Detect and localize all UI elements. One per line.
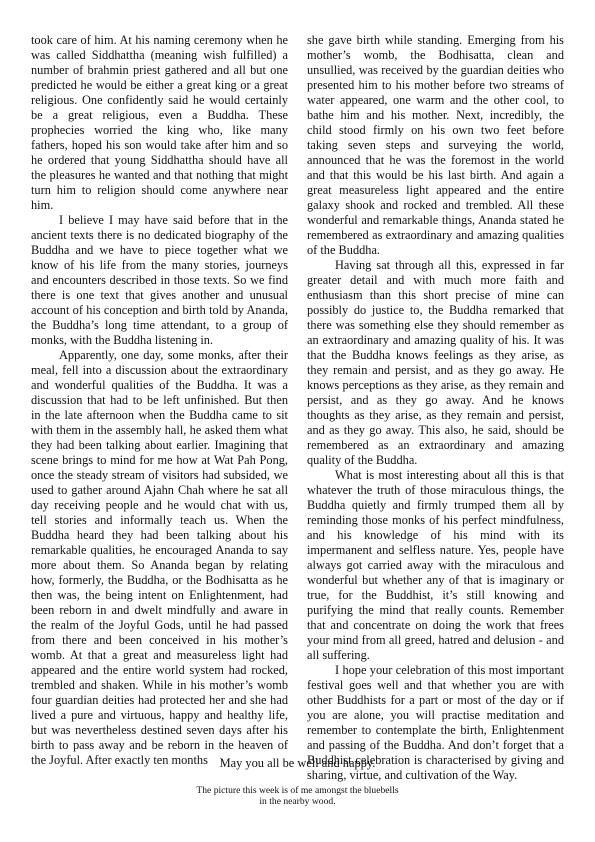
caption-line: The picture this week is of me amongst t…: [0, 785, 595, 796]
closing-blessing: May you all be well and happy.: [0, 756, 595, 771]
paragraph: What is most interesting about all this …: [307, 468, 564, 663]
paragraph: Having sat through all this, expressed i…: [307, 258, 564, 468]
document-page: took care of him. At his naming ceremony…: [0, 0, 595, 842]
picture-caption: The picture this week is of me amongst t…: [0, 785, 595, 807]
paragraph: took care of him. At his naming ceremony…: [31, 33, 288, 213]
right-text-column: she gave birth while standing. Emerging …: [307, 33, 564, 783]
paragraph: I believe I may have said before that in…: [31, 213, 288, 348]
left-text-column: took care of him. At his naming ceremony…: [31, 33, 288, 768]
paragraph: she gave birth while standing. Emerging …: [307, 33, 564, 258]
paragraph: Apparently, one day, some monks, after t…: [31, 348, 288, 768]
caption-line: in the nearby wood.: [0, 796, 595, 807]
